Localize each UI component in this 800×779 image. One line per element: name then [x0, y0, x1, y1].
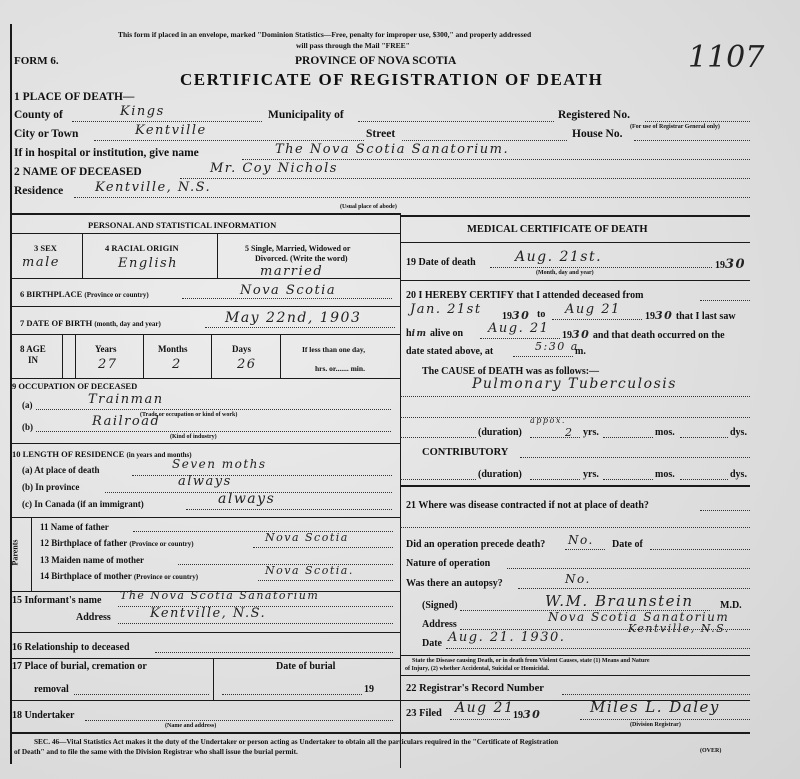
- street-line: [402, 140, 567, 141]
- to-label: to: [537, 309, 545, 320]
- parents-side-label: Parents: [11, 539, 20, 565]
- father-birth-value: Nova Scotia: [265, 531, 349, 544]
- father-name-label: 11 Name of father: [40, 522, 109, 532]
- medical-top-rule: [400, 215, 750, 217]
- occupation-b-label: (b): [22, 422, 33, 432]
- personal-section-title: PERSONAL AND STATISTICAL INFORMATION: [88, 220, 276, 230]
- residence-b-label: (b) In province: [22, 482, 79, 492]
- rule: [10, 306, 400, 307]
- rule: [10, 334, 400, 335]
- operation-line: [565, 549, 605, 550]
- attended-to-value: Aug 21: [565, 302, 621, 317]
- father-name-line: [133, 531, 393, 532]
- date-of-death-year: 1930: [715, 257, 746, 272]
- contrib-mos: mos.: [655, 469, 675, 480]
- municipality-line: [358, 121, 554, 122]
- rule: [400, 655, 750, 656]
- footer-line-2: of Death" and to file the same with the …: [14, 747, 298, 756]
- mother-birth-line: [258, 580, 393, 581]
- date-of-death-note: (Month, day and year): [536, 270, 594, 276]
- occupation-label: 9 OCCUPATION OF DECEASED: [12, 381, 137, 391]
- time-line: [513, 356, 573, 357]
- attended-from-value: Jan. 21st: [410, 302, 482, 317]
- marital-label-2: Divorced. (Write the word): [255, 254, 348, 263]
- municipality-label: Municipality of: [268, 109, 344, 121]
- duration-dys: dys.: [730, 427, 747, 438]
- racial-origin-value: English: [118, 256, 178, 271]
- where-contracted-label: 21 Where was disease contracted if not a…: [406, 500, 649, 511]
- duration-mos: mos.: [655, 427, 675, 438]
- residence-c-value: always: [218, 491, 275, 507]
- undertaker-label: 18 Undertaker: [12, 710, 75, 721]
- age-divider: [280, 334, 281, 378]
- over-label: (OVER): [700, 748, 721, 754]
- date-signed-label: Date: [422, 638, 442, 649]
- informant-address-line: [118, 623, 393, 624]
- rule: [400, 485, 750, 487]
- date-of-death-label: 19 Date of death: [406, 257, 476, 268]
- relationship-line: [155, 652, 393, 653]
- to-line: [552, 319, 642, 320]
- form-number: FORM 6.: [14, 55, 59, 67]
- house-no-line: [634, 140, 750, 141]
- rule: [400, 242, 750, 243]
- registered-no-line: [645, 121, 750, 122]
- hrs-min-label: hrs. or....... min.: [315, 364, 365, 373]
- registrar-record-line: [562, 694, 750, 695]
- operation-value: No.: [568, 533, 594, 547]
- certificate-title: CERTIFICATE OF REGISTRATION OF DEATH: [180, 70, 603, 90]
- alive-year-and-text: 1930 and that death occurred on the: [562, 328, 725, 341]
- to-year: 1930 that I last saw: [645, 309, 736, 322]
- place-of-death-label: 1 PLACE OF DEATH—: [14, 91, 134, 103]
- rule: [10, 378, 400, 379]
- duration-mos-line: [603, 437, 653, 438]
- duration-lead-line: [400, 437, 476, 438]
- time-suffix: m.: [575, 346, 586, 357]
- informant-name-label: 15 Informant's name: [12, 595, 101, 606]
- deceased-name-line: [180, 178, 750, 179]
- contrib-duration-label: (duration): [478, 469, 522, 480]
- years-value: 27: [98, 357, 118, 372]
- age-label-1: 8 AGE: [20, 344, 46, 354]
- residence-b-value: always: [178, 474, 232, 489]
- sex-value: male: [22, 255, 60, 270]
- burial-date-label: Date of burial: [276, 661, 335, 672]
- occupation-a-value: Trainman: [88, 392, 164, 407]
- date-of-operation-label: Date of: [612, 539, 643, 550]
- alive-on-value: Aug. 21: [488, 321, 549, 336]
- alive-on-line: him alive on: [406, 328, 463, 339]
- occupation-b-line: [36, 431, 391, 432]
- cause-line-1: [400, 396, 750, 397]
- undertaker-note: (Name and address): [165, 723, 216, 729]
- rule: [10, 278, 400, 279]
- physician-address-value-2: Kentville, N.S.: [628, 622, 730, 635]
- months-value: 2: [172, 357, 182, 372]
- burial-place-label-2: removal: [34, 684, 69, 695]
- burial-divider: [213, 658, 214, 700]
- occupation-b-value: Railroad: [92, 414, 160, 429]
- burial-place-label-1: 17 Place of burial, cremation or: [12, 661, 147, 672]
- rule: [10, 443, 400, 444]
- residence-c-line: [186, 509, 392, 510]
- residence-a-label: (a) At place of death: [22, 465, 100, 475]
- contrib-mos-line: [603, 479, 653, 480]
- autopsy-label: Was there an autopsy?: [406, 578, 503, 589]
- registrar-record-label: 22 Registrar's Record Number: [406, 683, 544, 694]
- deceased-name-label: 2 NAME OF DECEASED: [14, 166, 142, 178]
- contrib-duration-lead-line: [400, 479, 476, 480]
- dob-label: 7 DATE OF BIRTH (month, day and year): [20, 318, 161, 328]
- informant-address-value: Kentville, N.S.: [150, 606, 266, 621]
- contrib-yrs: yrs.: [583, 469, 599, 480]
- hospital-label: If in hospital or institution, give name: [14, 147, 199, 159]
- birthplace-label: 6 BIRTHPLACE (Province or country): [20, 289, 149, 299]
- where-contracted-line-2: [400, 527, 750, 528]
- date-of-operation-line: [650, 549, 750, 550]
- age-label-2: IN: [28, 355, 38, 365]
- personal-section-top-rule: [10, 213, 400, 215]
- certify-line: 20 I HEREBY CERTIFY that I attended dece…: [406, 290, 643, 301]
- marital-label-1: 5 Single, Married, Widowed or: [245, 244, 350, 253]
- occupation-a-label: (a): [22, 400, 33, 410]
- rule: [400, 675, 750, 676]
- duration-yrs: yrs.: [583, 427, 599, 438]
- left-border-line: [10, 24, 12, 764]
- rule: [10, 700, 400, 701]
- hospital-line: [242, 159, 750, 160]
- burial-place-line: [74, 694, 209, 695]
- physician-address-label: Address: [422, 619, 457, 630]
- date-of-death-line: [490, 267, 712, 268]
- footer-line-1: SEC. 46—Vital Statistics Act makes it th…: [34, 737, 558, 746]
- mail-notice-line-1: This form if placed in an envelope, mark…: [118, 30, 531, 39]
- residence-a-line: [132, 475, 392, 476]
- mother-name-label: 13 Maiden name of mother: [40, 555, 144, 565]
- street-label: Street: [366, 128, 395, 140]
- rule: [10, 233, 400, 234]
- autopsy-line: [518, 588, 750, 589]
- contrib-dys: dys.: [730, 469, 747, 480]
- contributory-line: [520, 457, 750, 458]
- registrar-signature-line: [580, 719, 750, 720]
- sex-label: 3 SEX: [34, 243, 57, 253]
- hospital-value: The Nova Scotia Sanatorium.: [275, 142, 509, 157]
- filed-line: [450, 719, 510, 720]
- city-label: City or Town: [14, 128, 78, 140]
- birthplace-value: Nova Scotia: [240, 283, 336, 298]
- months-label: Months: [158, 344, 188, 354]
- deceased-name-value: Mr. Coy Nichols: [210, 161, 338, 176]
- racial-origin-label: 4 RACIAL ORIGIN: [105, 243, 179, 253]
- years-label: Years: [95, 344, 117, 354]
- rule: [10, 658, 400, 659]
- cause-line-2: [400, 417, 750, 418]
- residence-value: Kentville, N.S.: [95, 180, 211, 195]
- birthplace-line: [182, 298, 392, 299]
- date-signed-line: [446, 648, 750, 649]
- duration-dys-line: [680, 437, 728, 438]
- operation-label: Did an operation precede death?: [406, 539, 545, 550]
- registrar-note: (Division Registrar): [630, 722, 681, 728]
- age-divider: [62, 334, 63, 378]
- county-label: County of: [14, 109, 63, 121]
- undertaker-line: [85, 720, 393, 721]
- residence-note: (Usual place of abode): [340, 204, 397, 210]
- date-signed-value: Aug. 21. 1930.: [448, 630, 565, 645]
- residence-label: Residence: [14, 185, 63, 197]
- marital-value: married: [260, 264, 323, 279]
- contrib-yrs-line: [530, 479, 580, 480]
- province-heading: PROVINCE OF NOVA SCOTIA: [295, 55, 456, 67]
- rule: [400, 280, 750, 281]
- cause-of-death-value: Pulmonary Tuberculosis: [472, 376, 677, 392]
- relationship-label: 16 Relationship to deceased: [12, 642, 130, 653]
- nature-of-operation-label: Nature of operation: [406, 558, 490, 569]
- residence-line: [74, 197, 750, 198]
- less-than-one-day-label: If less than one day,: [302, 345, 365, 354]
- dob-value: May 22nd, 1903: [225, 310, 361, 326]
- father-birth-label: 12 Birthplace of father (Province or cou…: [40, 538, 194, 548]
- filed-label: 23 Filed: [406, 708, 442, 719]
- days-label: Days: [232, 344, 251, 354]
- duration-label: (duration): [478, 427, 522, 438]
- filed-date-value: Aug 21: [455, 700, 514, 716]
- age-divider: [143, 334, 144, 378]
- duration-approx-note: appox.: [530, 416, 566, 425]
- racial-divider: [217, 233, 218, 278]
- informant-name-value: The Nova Scotia Sanatorium: [120, 589, 319, 602]
- handwritten-certificate-number: 1107: [688, 40, 764, 75]
- contributory-label: CONTRIBUTORY: [422, 447, 508, 458]
- rule: [10, 632, 400, 633]
- age-divider: [211, 334, 212, 378]
- mother-birth-value: Nova Scotia.: [265, 564, 354, 577]
- county-line: [72, 121, 262, 122]
- disease-note-2: of Injury, (2) whether Accidental, Suici…: [405, 666, 549, 672]
- burial-date-line: [222, 694, 362, 695]
- house-no-label: House No.: [572, 128, 622, 140]
- contrib-dys-line: [680, 479, 728, 480]
- nature-of-operation-line: [507, 568, 750, 569]
- certify-line-dots: [700, 300, 750, 301]
- occupation-b-note: (Kind of industry): [170, 434, 217, 440]
- city-line: [94, 140, 364, 141]
- city-value: Kentville: [135, 123, 207, 138]
- age-divider: [75, 334, 76, 378]
- occupation-a-line: [36, 409, 391, 410]
- residence-length-label: 10 LENGTH OF RESIDENCE (in years and mon…: [12, 449, 192, 459]
- disease-note-1: State the Disease causing Death, or in d…: [412, 658, 650, 664]
- date-of-death-value: Aug. 21st.: [515, 249, 602, 265]
- filed-year: 1930: [513, 708, 541, 721]
- dob-line: [205, 327, 395, 328]
- where-contracted-line: [700, 510, 750, 511]
- days-value: 26: [237, 357, 257, 372]
- informant-address-label: Address: [76, 612, 111, 623]
- mail-notice-line-2: will pass through the Mail "FREE": [296, 41, 410, 50]
- signed-label: (Signed): [422, 600, 458, 611]
- registrar-signature: Miles L. Daley: [590, 698, 720, 716]
- sex-divider: [82, 233, 83, 278]
- rule: [10, 517, 400, 518]
- duration-yrs-value: 2: [565, 426, 574, 439]
- alive-on-dots: [480, 338, 560, 339]
- autopsy-value: No.: [565, 572, 591, 586]
- center-divider: [400, 213, 401, 768]
- residence-c-label: (c) In Canada (if an immigrant): [22, 499, 144, 509]
- registered-no-label: Registered No.: [558, 109, 630, 121]
- date-stated-label: date stated above, at: [406, 346, 493, 357]
- death-certificate-document: This form if placed in an envelope, mark…: [0, 0, 800, 779]
- footer-rule: [10, 732, 750, 734]
- physician-signature: W.M. Braunstein: [545, 592, 693, 610]
- parents-divider: [31, 517, 32, 591]
- residence-a-value: Seven moths: [172, 457, 267, 471]
- father-birth-line: [253, 547, 393, 548]
- time-of-death-value: 5:30 a: [535, 340, 579, 353]
- registered-no-note: (For use of Registrar General only): [630, 124, 720, 130]
- mother-birth-label: 14 Birthplace of mother (Province or cou…: [40, 571, 198, 581]
- burial-year-prefix: 19: [364, 684, 374, 695]
- medical-section-title: MEDICAL CERTIFICATE OF DEATH: [467, 224, 648, 235]
- county-value: Kings: [120, 104, 165, 119]
